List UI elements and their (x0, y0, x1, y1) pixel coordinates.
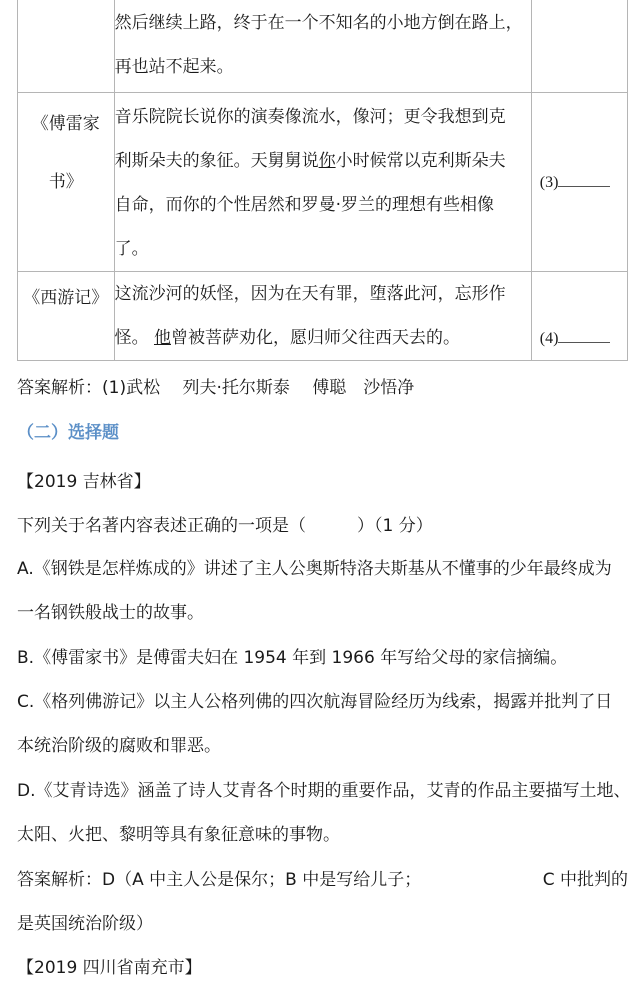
question-source: 【2019 吉林省】 (17, 467, 151, 492)
answer-blank[interactable] (558, 328, 610, 343)
option-c-line1: C.《格列佛游记》以主人公格列佛的四次航海冒险经历为线索，揭露并批判了日 (17, 687, 612, 712)
literature-table: 然后继续上路，终于在一个不知名的小地方倒在路上， 再也站不起来。 《傅雷家 书》… (17, 0, 628, 361)
excerpt-cell: 然后继续上路，终于在一个不知名的小地方倒在路上， 再也站不起来。 (114, 0, 531, 93)
excerpt-cell: 这流沙河的妖怪，因为在天有罪，堕落此河，忘形作 怪。 他曾被菩萨劝化，愿归师父往… (114, 272, 531, 361)
answer-blank[interactable] (558, 172, 610, 187)
excerpt-line: 利斯朵夫的象征。天舅舅说你小时候常以克利斯朵夫 (115, 139, 531, 183)
answer-analysis-1: 答案解析：(1)武松 列夫·托尔斯泰 傅聪 沙悟净 (17, 373, 414, 398)
answer-cell (531, 0, 627, 93)
section-heading: （二）选择题 (17, 418, 119, 443)
book-title-cell: 《傅雷家 书》 (18, 93, 115, 272)
option-c-line2: 本统治阶级的腐败和罪恶。 (17, 731, 221, 756)
excerpt-line: 怪。 他曾被菩萨劝化，愿归师父往西天去的。 (115, 316, 531, 360)
table-row: 《西游记》 这流沙河的妖怪，因为在天有罪，堕落此河，忘形作 怪。 他曾被菩萨劝化… (18, 272, 628, 361)
option-d-line1: D.《艾青诗选》涵盖了诗人艾青各个时期的重要作品，艾青的作品主要描写土地、 (17, 776, 631, 801)
excerpt-cell: 音乐院院长说你的演奏像流水，像河；更令我想到克 利斯朵夫的象征。天舅舅说你小时候… (114, 93, 531, 272)
question-stem: 下列关于名著内容表述正确的一项是（ ）（1 分） (17, 511, 433, 536)
table-row: 《傅雷家 书》 音乐院院长说你的演奏像流水，像河；更令我想到克 利斯朵夫的象征。… (18, 93, 628, 272)
book-title: 《傅雷家 (18, 95, 114, 153)
answer-analysis-2-left: 答案解析：D（A 中主人公是保尔；B 中是写给儿子； (17, 865, 421, 890)
book-title: 书》 (18, 153, 114, 211)
book-title-cell (18, 0, 115, 93)
answer-cell: (3) (531, 93, 627, 272)
table-row: 然后继续上路，终于在一个不知名的小地方倒在路上， 再也站不起来。 (18, 0, 628, 93)
excerpt-line: 这流沙河的妖怪，因为在天有罪，堕落此河，忘形作 (115, 272, 531, 316)
underlined-word: 他 (154, 328, 171, 348)
excerpt-line: 自命，而你的个性居然和罗曼·罗兰的理想有些相像 (115, 183, 531, 227)
answer-number: (3) (540, 174, 559, 191)
excerpt-line: 音乐院院长说你的演奏像流水，像河；更令我想到克 (115, 95, 531, 139)
book-title-cell: 《西游记》 (18, 272, 115, 361)
option-a-line2: 一名钢铁般战士的故事。 (17, 598, 204, 623)
book-title: 《西游记》 (18, 276, 114, 320)
excerpt-line: 再也站不起来。 (115, 45, 531, 89)
answer-analysis-2-line2: 是英国统治阶级） (17, 909, 153, 934)
excerpt-line: 了。 (115, 227, 531, 271)
option-b: B.《傅雷家书》是傅雷夫妇在 1954 年到 1966 年写给父母的家信摘编。 (17, 643, 567, 668)
option-d-line2: 太阳、火把、黎明等具有象征意味的事物。 (17, 820, 340, 845)
answer-cell: (4) (531, 272, 627, 361)
answer-analysis-2-right: C 中批判的 (543, 865, 628, 890)
answer-number: (4) (540, 330, 559, 347)
option-a-line1: A.《钢铁是怎样炼成的》讲述了主人公奥斯特洛夫斯基从不懂事的少年最终成为 (17, 554, 612, 579)
question-source: 【2019 四川省南充市】 (17, 953, 202, 978)
underlined-word: 你 (319, 151, 336, 171)
excerpt-line: 然后继续上路，终于在一个不知名的小地方倒在路上， (115, 1, 531, 45)
